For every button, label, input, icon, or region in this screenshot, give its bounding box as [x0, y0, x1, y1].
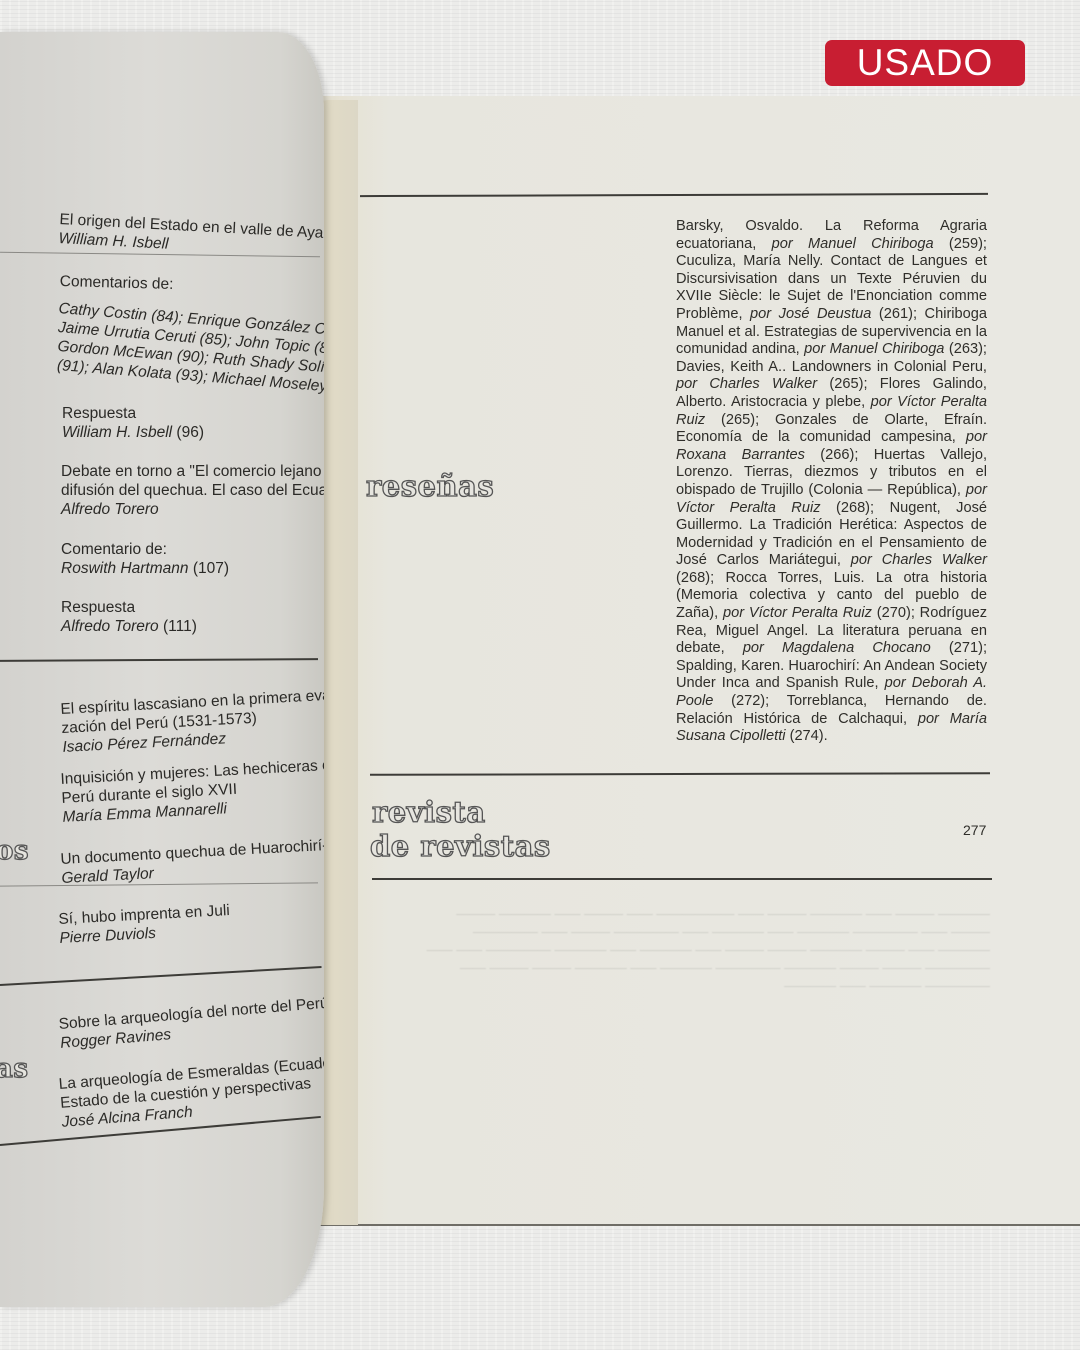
toc-entry-response: Respuesta Alfredo Torero (111): [61, 598, 321, 636]
review-reviewer: por Charles Walker: [676, 376, 817, 392]
review-book: Davies, Keith A.. Landowners in Colonial…: [676, 359, 987, 375]
entry-label: Respuesta: [62, 404, 322, 423]
review-page: (271);: [931, 640, 987, 656]
entry-label: Respuesta: [61, 598, 321, 617]
review-page: (268);: [676, 570, 725, 586]
toc-entry-response: Respuesta William H. Isbell (96): [62, 404, 322, 442]
review-reviewer: por Manuel Chiriboga: [772, 236, 934, 252]
review-page: (259);: [934, 236, 987, 252]
reviews-column: Barsky, Osvaldo. La Reforma Agraria ecua…: [676, 218, 987, 746]
review-page: (266);: [805, 447, 874, 463]
toc-entry: Debate en torno a "El comercio lejano y …: [61, 462, 321, 519]
review-page: (272);: [713, 693, 786, 709]
review-reviewer: por José Deustua: [750, 306, 871, 322]
left-rule-3: [0, 882, 318, 886]
used-condition-badge: USADO: [825, 40, 1025, 86]
review-page: (274).: [786, 728, 828, 744]
toc-entry: Inquisición y mujeres: Las hechiceras en…: [60, 756, 323, 827]
toc-entry: El espíritu lascasiano en la primera eva…: [60, 686, 323, 757]
entry-author: Alfredo Torero: [61, 500, 321, 519]
review-reviewer: por Manuel Chiriboga: [804, 341, 944, 357]
toc-entry-comment: Comentario de: Roswith Hartmann (107): [61, 540, 321, 578]
entry-author: William H. Isbell (96): [62, 423, 322, 442]
toc-entry: Sí, hubo imprenta en Juli Pierre Duviols: [58, 896, 320, 948]
entry-label: Comentario de:: [61, 540, 321, 559]
section-heading-resenas: reseñas: [366, 472, 494, 501]
review-reviewer: por Víctor Peralta Ruiz: [723, 605, 872, 621]
review-entry: Barsky, Osvaldo. La Reforma Agraria ecua…: [676, 218, 987, 252]
show-through-text: ———— ——— —— ———— ——— —— —————— —— ——— ——…: [425, 905, 990, 995]
toc-entry: Un documento quechua de Huarochirí-1607 …: [60, 836, 322, 888]
partial-heading-as: as: [0, 1056, 28, 1082]
entry-title: Debate en torno a "El comercio lejano y …: [61, 462, 321, 481]
review-page: (268);: [821, 500, 890, 516]
left-rule-4: [0, 966, 322, 986]
section-heading-revista-line2: de revistas: [370, 832, 551, 861]
review-page: (270);: [872, 605, 920, 621]
review-reviewer: por Magdalena Chocano: [743, 640, 931, 656]
review-page: (263);: [944, 341, 987, 357]
partial-heading-os: os: [0, 838, 29, 864]
entry-author: Alfredo Torero (111): [61, 617, 321, 636]
review-page: (261);: [871, 306, 924, 322]
left-page: El origen del Estado en el valle de Ayac…: [0, 32, 324, 1307]
section-heading-revista-line1: revista: [372, 798, 486, 827]
review-page: (265);: [705, 412, 775, 428]
lower-rule: [372, 878, 992, 880]
review-reviewer: por Charles Walker: [851, 552, 987, 568]
entry-title: difusión del quechua. El caso del Ecuado…: [61, 481, 321, 500]
toc-entry: Sobre la arqueología del norte del Perú …: [58, 995, 320, 1053]
left-rule-2: [0, 658, 318, 662]
page-number: 277: [963, 822, 986, 838]
review-page: (265);: [817, 376, 880, 392]
toc-entry-comments: Comentarios de: Cathy Costin (84); Enriq…: [57, 272, 320, 382]
entry-author: Roswith Hartmann (107): [61, 559, 321, 578]
